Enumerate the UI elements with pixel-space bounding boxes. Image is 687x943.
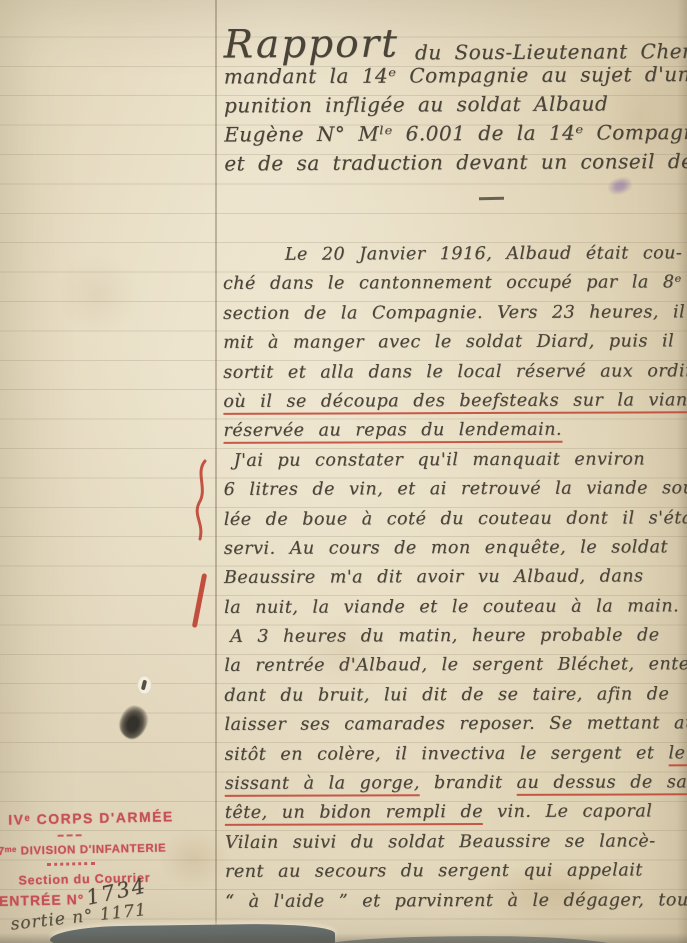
red-margin-brace-mark xyxy=(191,459,211,541)
red-underlined-text: tête, un bidon rempli de xyxy=(225,802,483,826)
stamp-entree-label: ENTRÉE N° xyxy=(0,891,85,909)
body-line: tête, un bidon rempli de vin. Le caporal xyxy=(225,798,687,829)
title-word-rapport: Rapport xyxy=(224,22,399,68)
margin-rule-line xyxy=(215,0,217,943)
red-underlined-text: réservée au repas du lendemain. xyxy=(223,420,562,444)
body-line: dant du bruit, lui dit de se taire, afin… xyxy=(224,680,687,711)
paper-stain xyxy=(158,828,230,890)
title-line: Eugène N° Mˡᵉ 6.001 de la 14ᵉ Compagnie xyxy=(224,118,687,150)
report-title: Rapportdu Sous-Lieutenant Chenal com- ma… xyxy=(224,31,687,179)
body-line: Le 20 Janvier 1916, Albaud était cou- xyxy=(285,239,687,270)
red-margin-stroke-mark xyxy=(192,573,207,628)
body-line: mit à manger avec le soldat Diard, puis … xyxy=(223,327,687,358)
body-line: où il se découpa des beefsteaks sur la v… xyxy=(223,386,687,417)
body-line: 6 litres de vin, et ai retrouvé la viand… xyxy=(224,474,687,505)
stamp-underline xyxy=(47,862,95,866)
body-line: Beaussire m'a dit avoir vu Albaud, dans xyxy=(224,562,687,593)
body-line: réservée au repas du lendemain. xyxy=(223,415,687,446)
body-line: A 3 heures du matin, heure probable de xyxy=(230,621,687,652)
paper-hole-mark xyxy=(141,680,147,691)
stamp-division-infanterie: 7ᵐᵉ DIVISION D'INFANTERIE xyxy=(0,842,167,858)
body-line: rent au secours du sergent qui appelait xyxy=(225,856,687,887)
red-underlined-text: au dessus de sa xyxy=(517,772,687,796)
body-line: servi. Au cours de mon enquête, le solda… xyxy=(224,533,687,564)
body-line: sissant à la gorge, brandit au dessus de… xyxy=(225,768,687,799)
body-line: section de la Compagnie. Vers 23 heures,… xyxy=(223,298,687,329)
body-line: la rentrée d'Albaud, le sergent Bléchet,… xyxy=(224,651,687,682)
body-line: lée de boue à coté du couteau dont il s'… xyxy=(224,504,687,535)
stamp-underline xyxy=(58,834,82,837)
paper-stain xyxy=(55,252,140,337)
body-line: Vilain suivi du soldat Beaussire se lanc… xyxy=(225,827,687,858)
red-underlined-text: sissant à la gorge, xyxy=(225,773,420,797)
body-line: ché dans le cantonnement occupé par la 8… xyxy=(223,268,687,299)
body-line: “ à l'aide ” et parvinrent à le dégager,… xyxy=(225,886,687,917)
red-underlined-text: où il se découpa des beefsteaks sur la v… xyxy=(223,390,687,415)
paper-hole xyxy=(137,675,152,695)
stamp-corps-armee: IVᵉ CORPS D'ARMÉE xyxy=(8,808,174,827)
ink-blot xyxy=(116,703,152,743)
body-line: la nuit, la viande et le couteau à la ma… xyxy=(224,592,687,623)
page-bottom-edge xyxy=(0,933,687,943)
title-line: punition infligée au soldat Albaud xyxy=(224,89,687,121)
body-line: J'ai pu constater qu'il manquait environ xyxy=(234,445,687,476)
courier-stamp-block: IVᵉ CORPS D'ARMÉE 7ᵐᵉ DIVISION D'INFANTE… xyxy=(0,804,185,808)
violet-ink-smudge xyxy=(606,175,634,198)
title-line: et de sa traduction devant un conseil de… xyxy=(224,147,687,179)
scanned-document-page: Rapportdu Sous-Lieutenant Chenal com- ma… xyxy=(0,0,687,943)
report-body: Le 20 Janvier 1916, Albaud était cou- ch… xyxy=(223,239,687,917)
body-line: laisser ses camarades reposer. Se mettan… xyxy=(224,709,687,740)
separator-dash xyxy=(479,197,504,200)
body-line: sitôt en colère, il invectiva le sergent… xyxy=(225,739,687,770)
body-line: sortit et alla dans le local réservé aux… xyxy=(223,357,687,388)
title-line: Rapportdu Sous-Lieutenant Chenal com- xyxy=(224,31,687,63)
red-underlined-text: le sai- xyxy=(668,743,687,766)
